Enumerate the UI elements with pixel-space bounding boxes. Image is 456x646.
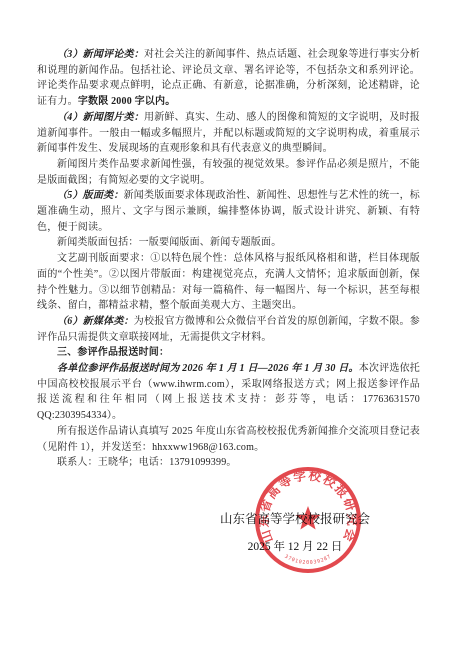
- text-segment: 文艺副刊版面要求：①以特色展个性：总体风格与报纸风格相和谐，栏目体现版面的“个性…: [37, 253, 420, 311]
- signature-block: 山东省高等学校校报研究会 2025 年 12 月 22 日: [200, 512, 390, 554]
- text-segment: （6）新媒体类：: [57, 316, 134, 327]
- paragraph: （6）新媒体类：为校报官方微博和公众微信平台首发的原创新闻，字数不限。参评作品只…: [37, 314, 420, 345]
- paragraph: （4）新闻图片类：用新鲜、真实、生动、感人的图像和简短的文字说明，及时报道新闻事…: [37, 110, 420, 157]
- paragraph: 新闻图片类作品要求新闻性强，有较强的视觉效果。参评作品必须是照片，不能是版面截图…: [37, 157, 420, 188]
- paragraph: 新闻类版面包括：一版要闻版面、新闻专题版面。: [37, 235, 420, 251]
- page: { "page": { "background_color": "#ffffff…: [0, 0, 456, 646]
- signature-organization: 山东省高等学校校报研究会: [200, 512, 390, 527]
- text-segment: 新闻类版面包括：一版要闻版面、新闻专题版面。: [57, 237, 281, 248]
- text-segment: （5）版面类：: [57, 190, 124, 201]
- text-segment: 字数限 2000 字以内。: [78, 96, 176, 107]
- paragraph: （3）新闻评论类：对社会关注的新闻事件、热点话题、社会现象等进行事实分析和说理的…: [37, 47, 420, 110]
- paragraph: 三、参评作品报送时间：: [37, 345, 420, 361]
- document-body: （3）新闻评论类：对社会关注的新闻事件、热点话题、社会现象等进行事实分析和说理的…: [37, 47, 420, 471]
- text-segment: 各单位参评作品报送时间为 2026 年 1 月 1 日—2026 年 1 月 3…: [57, 363, 359, 374]
- text-segment: 新闻图片类作品要求新闻性强，有较强的视觉效果。参评作品必须是照片，不能是版面截图…: [37, 159, 420, 186]
- paragraph: 联系人：王晓华；电话：13791099399。: [37, 455, 420, 471]
- text-segment: 三、参评作品报送时间：: [57, 347, 169, 358]
- paragraph: 文艺副刊版面要求：①以特色展个性：总体风格与报纸风格相和谐，栏目体现版面的“个性…: [37, 251, 420, 314]
- stamp-serial: 3701020039287: [283, 554, 332, 566]
- paragraph: 各单位参评作品报送时间为 2026 年 1 月 1 日—2026 年 1 月 3…: [37, 361, 420, 424]
- text-segment: 所有报送作品请认真填写 2025 年度山东省高校校报优秀新闻推介交流项目登记表（…: [37, 426, 420, 453]
- signature-date: 2025 年 12 月 22 日: [200, 538, 390, 554]
- text-segment: 联系人：王晓华；电话：13791099399。: [57, 457, 237, 468]
- paragraph: 所有报送作品请认真填写 2025 年度山东省高校校报优秀新闻推介交流项目登记表（…: [37, 424, 420, 455]
- text-segment: （3）新闻评论类：: [57, 49, 144, 60]
- text-segment: （4）新闻图片类：: [57, 112, 144, 123]
- svg-text:3701020039287: 3701020039287: [283, 554, 332, 566]
- paragraph: （5）版面类：新闻类版面要求体现政治性、新闻性、思想性与艺术性的统一，标题准确生…: [37, 188, 420, 235]
